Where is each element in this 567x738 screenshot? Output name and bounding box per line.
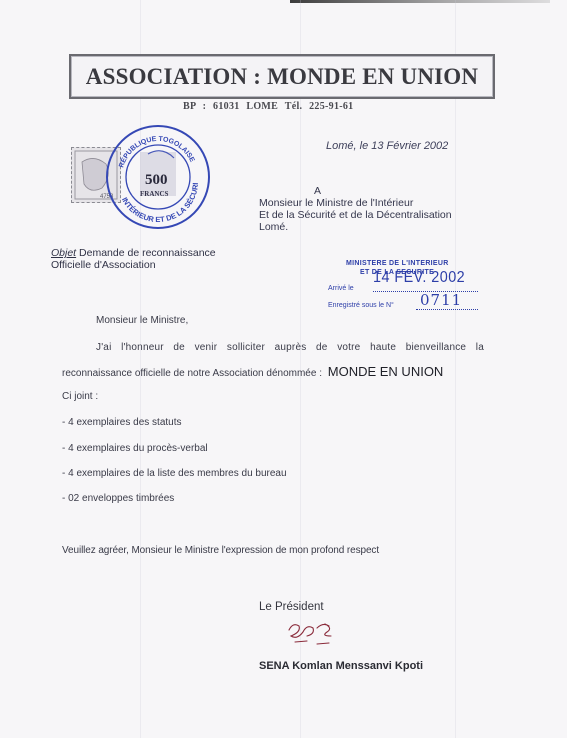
letterhead-box: ASSOCIATION : MONDE EN UNION <box>69 54 495 99</box>
attachments-heading: Ci joint : <box>62 391 98 402</box>
scanned-letter-page: ASSOCIATION : MONDE EN UNION BP : 61031 … <box>0 0 567 738</box>
reception-registered-label: Enregistré sous le N° <box>328 302 394 309</box>
salutation: Monsieur le Ministre, <box>96 315 188 326</box>
subject-label: Objet <box>51 247 76 259</box>
attachment-item: - 4 exemplaires de la liste des membres … <box>62 468 287 479</box>
reception-dotted-line <box>416 309 478 310</box>
recipient-line-3: Lomé. <box>259 221 452 233</box>
attachment-item: - 4 exemplaires des statuts <box>62 417 182 428</box>
body-paragraph-line-2: reconnaissance officielle de notre Assoc… <box>62 364 443 379</box>
reception-stamp: MINISTERE DE L'INTERIEUR ET DE LA SECURI… <box>328 258 488 314</box>
reception-date: 14 FEV. 2002 <box>373 269 465 287</box>
reception-registered-number: 0711 <box>420 291 462 309</box>
svg-text:FRANCS: FRANCS <box>140 190 168 198</box>
scan-edge-smudge <box>290 0 550 3</box>
subject-line-2: Officielle d'Association <box>51 259 216 271</box>
signatory-title: Le Président <box>259 601 324 613</box>
subject-block: Objet Demande de reconnaissance Officiel… <box>51 247 216 271</box>
reception-arrived-label: Arrivé le <box>328 285 354 292</box>
recipient-address: A Monsieur le Ministre de l'Intérieur Et… <box>259 185 452 233</box>
svg-text:500: 500 <box>145 172 168 188</box>
signature-block: Le Président <box>259 601 324 613</box>
attachment-item: - 4 exemplaires du procès-verbal <box>62 443 208 454</box>
official-circular-stamp: RÉPUBLIQUE TOGOLAISE INTÉRIEUR ET DE LA … <box>104 124 212 235</box>
scan-artifact <box>455 0 456 738</box>
recipient-prefix: A <box>259 185 452 197</box>
recipient-line-1: Monsieur le Ministre de l'Intérieur <box>259 197 452 209</box>
letterhead-contact: BP : 61031 LOME Tél. 225-91-61 <box>183 101 353 112</box>
body-paragraph-text: reconnaissance officielle de notre Assoc… <box>62 368 322 379</box>
body-paragraph-line-1: J'ai l'honneur de venir solliciter auprè… <box>96 342 484 353</box>
subject-line-1: Demande de reconnaissance <box>79 247 216 259</box>
attachment-item: - 02 enveloppes timbrées <box>62 493 174 504</box>
signatory-name: SENA Komlan Menssanvi Kpoti <box>259 660 423 672</box>
association-name: MONDE EN UNION <box>328 364 444 379</box>
letterhead-title: ASSOCIATION : MONDE EN UNION <box>86 64 478 90</box>
reception-stamp-ministry: MINISTERE DE L'INTERIEUR <box>346 260 449 267</box>
recipient-line-2: Et de la Sécurité et de la Décentralisat… <box>259 209 452 221</box>
closing-formula: Veuillez agréer, Monsieur le Ministre l'… <box>62 545 379 556</box>
handwritten-signature-icon <box>285 618 345 648</box>
letter-date: Lomé, le 13 Février 2002 <box>326 140 448 152</box>
